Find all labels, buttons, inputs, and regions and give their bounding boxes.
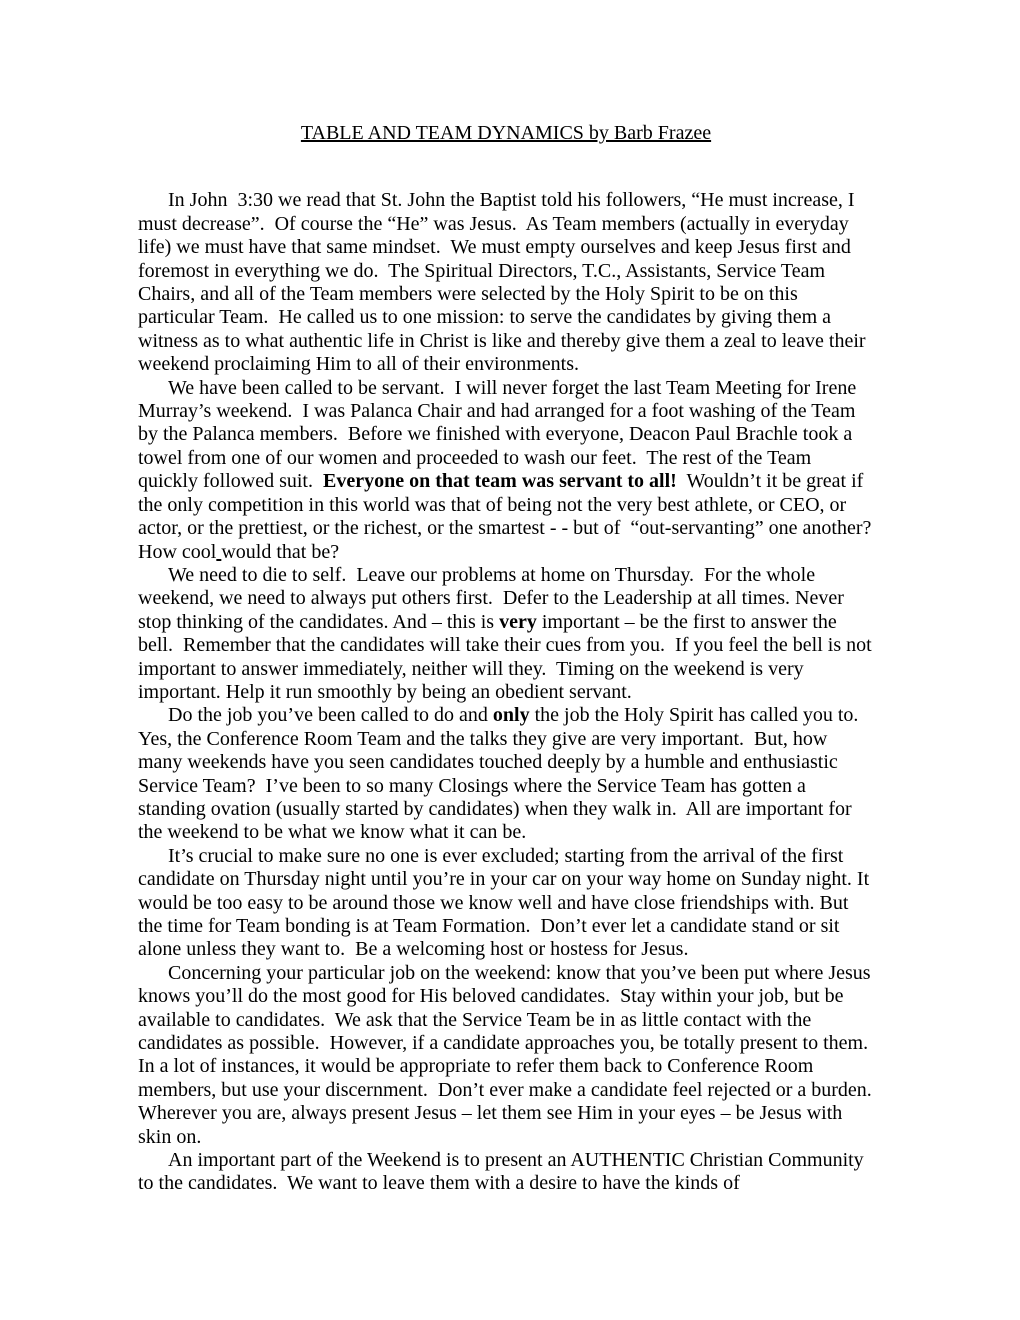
paragraph: It’s crucial to make sure no one is ever…	[138, 845, 874, 962]
paragraph: Concerning your particular job on the we…	[138, 962, 874, 1149]
bold-run: very	[499, 611, 537, 633]
document-title: TABLE AND TEAM DYNAMICS by Barb Frazee	[138, 122, 874, 145]
document-page: TABLE AND TEAM DYNAMICS by Barb Frazee I…	[0, 0, 1020, 1320]
text-run: It’s crucial to make sure no one is ever…	[138, 845, 874, 961]
paragraph: We need to die to self. Leave our proble…	[138, 564, 874, 704]
paragraph: An important part of the Weekend is to p…	[138, 1149, 874, 1196]
text-run: In John 3:30 we read that St. John the B…	[138, 189, 871, 375]
text-run: Concerning your particular job on the we…	[138, 962, 881, 1148]
paragraph: Do the job you’ve been called to do and …	[138, 704, 874, 844]
bold-run: only	[493, 704, 530, 726]
bold-run: Everyone on that team was servant to all…	[323, 470, 677, 492]
paragraph: We have been called to be servant. I wil…	[138, 377, 874, 564]
text-run: would that be?	[221, 541, 339, 563]
text-run: An important part of the Weekend is to p…	[138, 1149, 869, 1194]
document-body: In John 3:30 we read that St. John the B…	[138, 189, 874, 1195]
paragraph: In John 3:30 we read that St. John the B…	[138, 189, 874, 376]
document-content: TABLE AND TEAM DYNAMICS by Barb Frazee I…	[138, 122, 874, 1196]
text-run: Do the job you’ve been called to do and	[168, 704, 493, 726]
